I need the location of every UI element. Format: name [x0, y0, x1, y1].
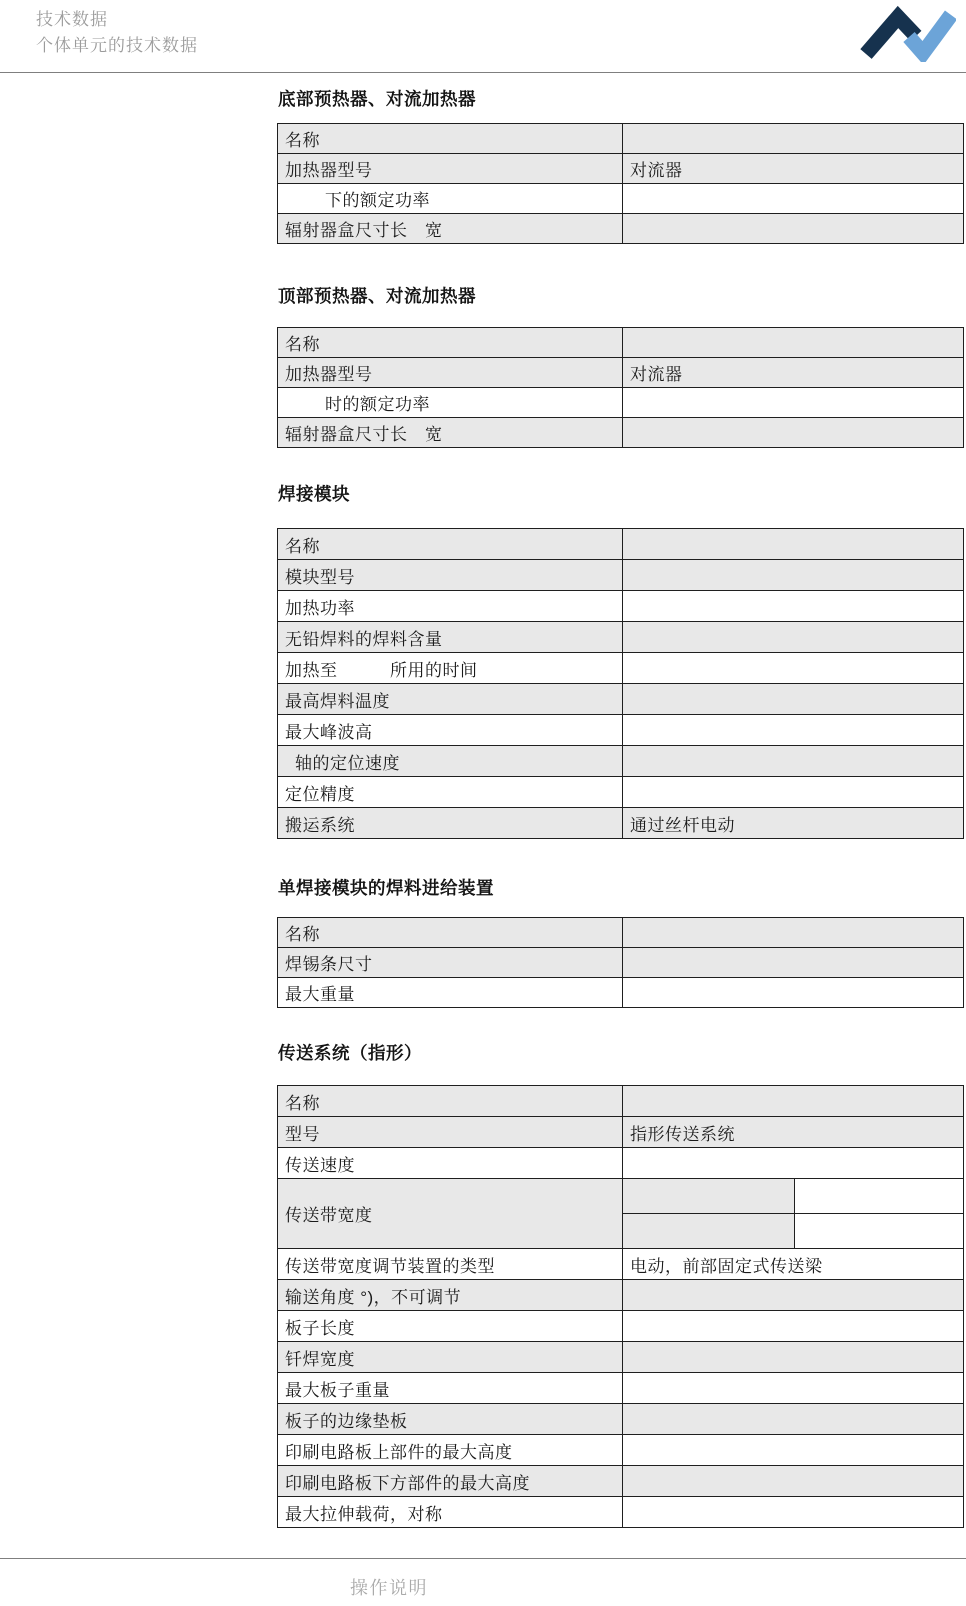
row-value-cell	[623, 777, 964, 808]
table-row: 名称	[278, 124, 964, 154]
row-label-cell: 印刷电路板下方部件的最大高度	[278, 1466, 623, 1497]
spec-table: 名称型号指形传送系统传送速度传送带宽度传送带宽度调节装置的类型电动，前部固定式传…	[277, 1085, 964, 1528]
row-label-cell: 加热功率	[278, 591, 623, 622]
double-check-logo-icon	[860, 4, 956, 62]
row-label-cell: 加热至 所用的时间	[278, 653, 623, 684]
row-label-cell: 板子的边缘垫板	[278, 1404, 623, 1435]
row-label-cell: 名称	[278, 124, 623, 154]
table-row: 焊锡条尺寸	[278, 948, 964, 978]
spec-table: 名称加热器型号对流器时的额定功率辐射器盒尺寸长 宽	[277, 327, 964, 448]
row-label-cell: 定位精度	[278, 777, 623, 808]
section-title: 单焊接模块的焊料进给装置	[278, 875, 494, 900]
table-row: 模块型号	[278, 560, 964, 591]
row-value-cell	[623, 1497, 964, 1528]
table-row: 最高焊料温度	[278, 684, 964, 715]
table-row: 辐射器盒尺寸长 宽	[278, 418, 964, 448]
table-row: 最大拉伸载荷，对称	[278, 1497, 964, 1528]
row-label-cell: 名称	[278, 328, 623, 358]
table-row: 名称	[278, 328, 964, 358]
row-value-cell	[623, 948, 964, 978]
row-value-cell	[623, 328, 964, 358]
row-value-cell	[623, 653, 964, 684]
row-label-cell: 焊锡条尺寸	[278, 948, 623, 978]
table-row: 最大重量	[278, 978, 964, 1008]
table-row: 板子的边缘垫板	[278, 1404, 964, 1435]
row-label-cell: 名称	[278, 1086, 623, 1117]
row-value-cell	[623, 1373, 964, 1404]
row-value-cell	[623, 529, 964, 560]
row-label-cell: 印刷电路板上部件的最大高度	[278, 1435, 623, 1466]
row-value-cell	[623, 591, 964, 622]
table-row: 加热器型号对流器	[278, 358, 964, 388]
row-value-cell	[623, 1342, 964, 1373]
row-value-cell	[623, 388, 964, 418]
row-label-cell: 下的额定功率	[278, 184, 623, 214]
row-value-cell	[623, 622, 964, 653]
table-row: 名称	[278, 1086, 964, 1117]
row-value-cell	[623, 746, 964, 777]
row-label-cell: 钎焊宽度	[278, 1342, 623, 1373]
row-label-cell: 加热器型号	[278, 154, 623, 184]
table-row: 名称	[278, 918, 964, 948]
row-label-cell: 板子长度	[278, 1311, 623, 1342]
section-title: 传送系统（指形）	[278, 1040, 422, 1065]
row-label-cell: 最高焊料温度	[278, 684, 623, 715]
table-row: 板子长度	[278, 1311, 964, 1342]
row-label-cell: 最大峰波高	[278, 715, 623, 746]
table-row: 加热功率	[278, 591, 964, 622]
row-value-cell	[623, 1086, 964, 1117]
header-divider	[0, 72, 966, 73]
section-title: 顶部预热器、对流加热器	[278, 283, 476, 308]
table-row: 型号指形传送系统	[278, 1117, 964, 1148]
table-row: 辐射器盒尺寸长 宽	[278, 214, 964, 244]
row-label-cell: 最大拉伸载荷，对称	[278, 1497, 623, 1528]
row-label-cell: 辐射器盒尺寸长 宽	[278, 418, 623, 448]
table-row: 传送带宽度	[278, 1179, 964, 1214]
row-value-cell	[623, 560, 964, 591]
row-label-cell: 传送带宽度调节装置的类型	[278, 1249, 623, 1280]
row-label-cell: 搬运系统	[278, 808, 623, 839]
row-value-cell	[623, 1148, 964, 1179]
table-row: 钎焊宽度	[278, 1342, 964, 1373]
row-label-cell: 传送速度	[278, 1148, 623, 1179]
row-value-cell: 对流器	[623, 358, 964, 388]
row-value-cell	[623, 715, 964, 746]
row-value-cell	[623, 418, 964, 448]
row-value-cell	[623, 1404, 964, 1435]
table-row: 定位精度	[278, 777, 964, 808]
row-value-cell: 指形传送系统	[623, 1117, 964, 1148]
row-value-cell	[623, 124, 964, 154]
row-value-cell: 对流器	[623, 154, 964, 184]
table-row: 传送带宽度调节装置的类型电动，前部固定式传送梁	[278, 1249, 964, 1280]
row-value-cell	[623, 1311, 964, 1342]
row-value-cell	[623, 1466, 964, 1497]
row-label-cell: 辐射器盒尺寸长 宽	[278, 214, 623, 244]
table-row: 下的额定功率	[278, 184, 964, 214]
table-row: 印刷电路板上部件的最大高度	[278, 1435, 964, 1466]
section-title: 焊接模块	[278, 481, 350, 506]
row-label-cell: 传送带宽度	[278, 1179, 623, 1249]
row-label-cell: 名称	[278, 918, 623, 948]
table-row: 传送速度	[278, 1148, 964, 1179]
table-row: 轴的定位速度	[278, 746, 964, 777]
table-row: 最大峰波高	[278, 715, 964, 746]
spec-table: 名称加热器型号对流器下的额定功率辐射器盒尺寸长 宽	[277, 123, 964, 244]
row-label-cell: 加热器型号	[278, 358, 623, 388]
table-row: 名称	[278, 529, 964, 560]
row-value-cell	[623, 684, 964, 715]
table-row: 最大板子重量	[278, 1373, 964, 1404]
row-label-cell: 型号	[278, 1117, 623, 1148]
header-chapter-title: 技术数据	[36, 8, 108, 32]
table-row: 搬运系统通过丝杆电动	[278, 808, 964, 839]
section-title: 底部预热器、对流加热器	[278, 86, 476, 111]
footer-doc-type: 操作说明	[350, 1574, 428, 1600]
row-value-cell: 电动，前部固定式传送梁	[623, 1249, 964, 1280]
row-value-cell: 通过丝杆电动	[623, 808, 964, 839]
spec-table: 名称焊锡条尺寸最大重量	[277, 917, 964, 1008]
table-row: 加热器型号对流器	[278, 154, 964, 184]
table-row: 时的额定功率	[278, 388, 964, 418]
table-row: 印刷电路板下方部件的最大高度	[278, 1466, 964, 1497]
row-label-cell: 名称	[278, 529, 623, 560]
header-section-subtitle: 个体单元的技术数据	[36, 34, 198, 58]
row-label-cell: 最大重量	[278, 978, 623, 1008]
row-value-cell	[623, 184, 964, 214]
logo-light-stroke	[909, 15, 951, 53]
footer-divider	[0, 1558, 966, 1559]
row-label-cell: 无铅焊料的焊料含量	[278, 622, 623, 653]
logo-dark-stroke	[866, 17, 916, 54]
row-label-cell: 轴的定位速度	[278, 746, 623, 777]
document-page: 技术数据 个体单元的技术数据 底部预热器、对流加热器名称加热器型号对流器下的额定…	[0, 0, 966, 1606]
sub-value-cell-left	[623, 1179, 795, 1214]
table-row: 无铅焊料的焊料含量	[278, 622, 964, 653]
row-value-cell	[623, 978, 964, 1008]
row-label-cell: 时的额定功率	[278, 388, 623, 418]
row-value-cell	[623, 918, 964, 948]
row-value-cell	[623, 214, 964, 244]
row-label-cell: 模块型号	[278, 560, 623, 591]
sub-value-cell-right	[795, 1179, 964, 1214]
row-value-cell	[623, 1435, 964, 1466]
row-label-cell: 输送角度 °)，不可调节	[278, 1280, 623, 1311]
spec-table: 名称模块型号加热功率无铅焊料的焊料含量加热至 所用的时间最高焊料温度最大峰波高轴…	[277, 528, 964, 839]
table-row: 输送角度 °)，不可调节	[278, 1280, 964, 1311]
sub-value-cell-right	[795, 1214, 964, 1249]
row-label-cell: 最大板子重量	[278, 1373, 623, 1404]
table-row: 加热至 所用的时间	[278, 653, 964, 684]
sub-value-cell-left	[623, 1214, 795, 1249]
row-value-cell	[623, 1280, 964, 1311]
